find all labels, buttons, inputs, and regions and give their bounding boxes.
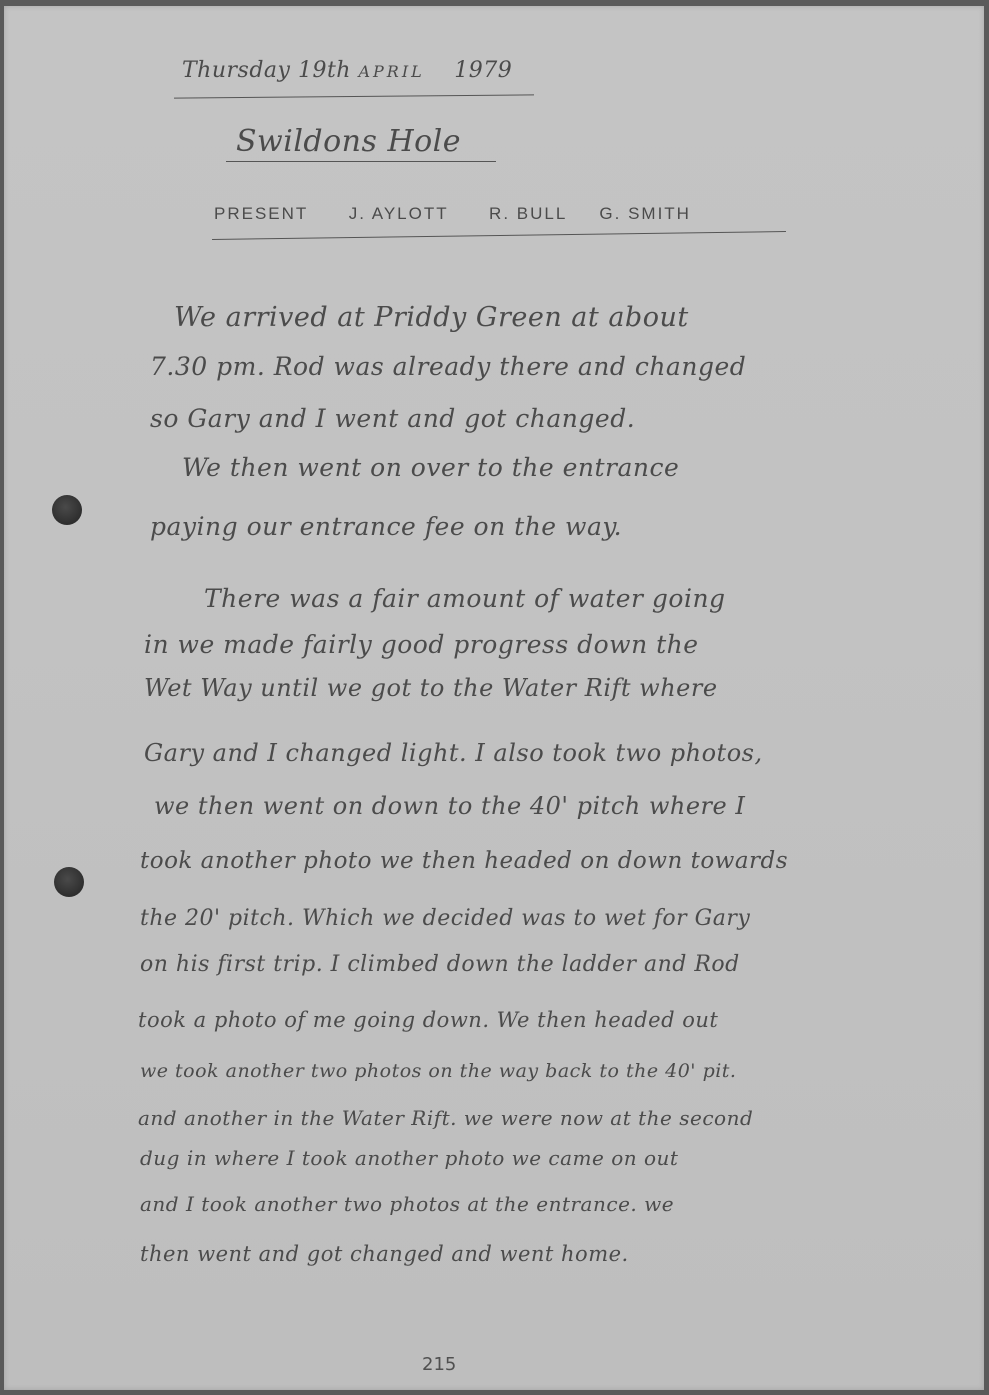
log-line: Wet Way until we got to the Water Rift w… (144, 674, 718, 702)
log-line: paying our entrance fee on the way. (150, 512, 622, 541)
date-weekday: Thursday (182, 58, 290, 83)
log-line: on his first trip. I climbed down the la… (140, 952, 740, 977)
log-line: in we made fairly good progress down the (144, 630, 699, 659)
log-line: took a photo of me going down. We then h… (138, 1008, 718, 1032)
log-line: took another photo we then headed on dow… (140, 848, 788, 874)
title-underline (226, 161, 496, 162)
log-line: we then went on down to the 40' pitch wh… (154, 792, 745, 820)
log-line: 7.30 pm. Rod was already there and chang… (150, 352, 746, 381)
date-year: 1979 (454, 58, 512, 83)
log-line: then went and got changed and went home. (140, 1242, 629, 1266)
present-name-1: J. AYLOTT (349, 204, 449, 223)
date-underline (174, 94, 534, 98)
log-line: the 20' pitch. Which we decided was to w… (140, 906, 750, 931)
punch-hole-bottom (54, 867, 84, 897)
date-month: APRIL (358, 62, 424, 81)
present-underline (212, 231, 786, 240)
log-line: There was a fair amount of water going (204, 584, 726, 613)
page-number: 215 (422, 1354, 456, 1375)
log-line: Gary and I changed light. I also took tw… (144, 739, 763, 767)
present-members: PRESENT J. AYLOTT R. BULL G. SMITH (214, 204, 691, 224)
punch-hole-top (52, 495, 82, 525)
present-label: PRESENT (214, 204, 308, 223)
log-line: We then went on over to the entrance (182, 453, 679, 482)
cave-name-title: Swildons Hole (236, 124, 461, 159)
log-line: so Gary and I went and got changed. (150, 404, 635, 433)
logbook-page: Thursday 19th APRIL 1979 Swildons Hole P… (4, 6, 984, 1390)
log-line: and I took another two photos at the ent… (140, 1192, 674, 1216)
present-name-2: R. BULL (489, 204, 567, 223)
entry-date: Thursday 19th APRIL 1979 (182, 58, 512, 83)
log-line: we took another two photos on the way ba… (140, 1060, 736, 1082)
log-line: dug in where I took another photo we cam… (140, 1146, 678, 1170)
log-line: and another in the Water Rift. we were n… (138, 1106, 753, 1130)
present-name-3: G. SMITH (599, 204, 691, 223)
log-line: We arrived at Priddy Green at about (174, 302, 689, 333)
date-day: 19th (298, 58, 351, 83)
